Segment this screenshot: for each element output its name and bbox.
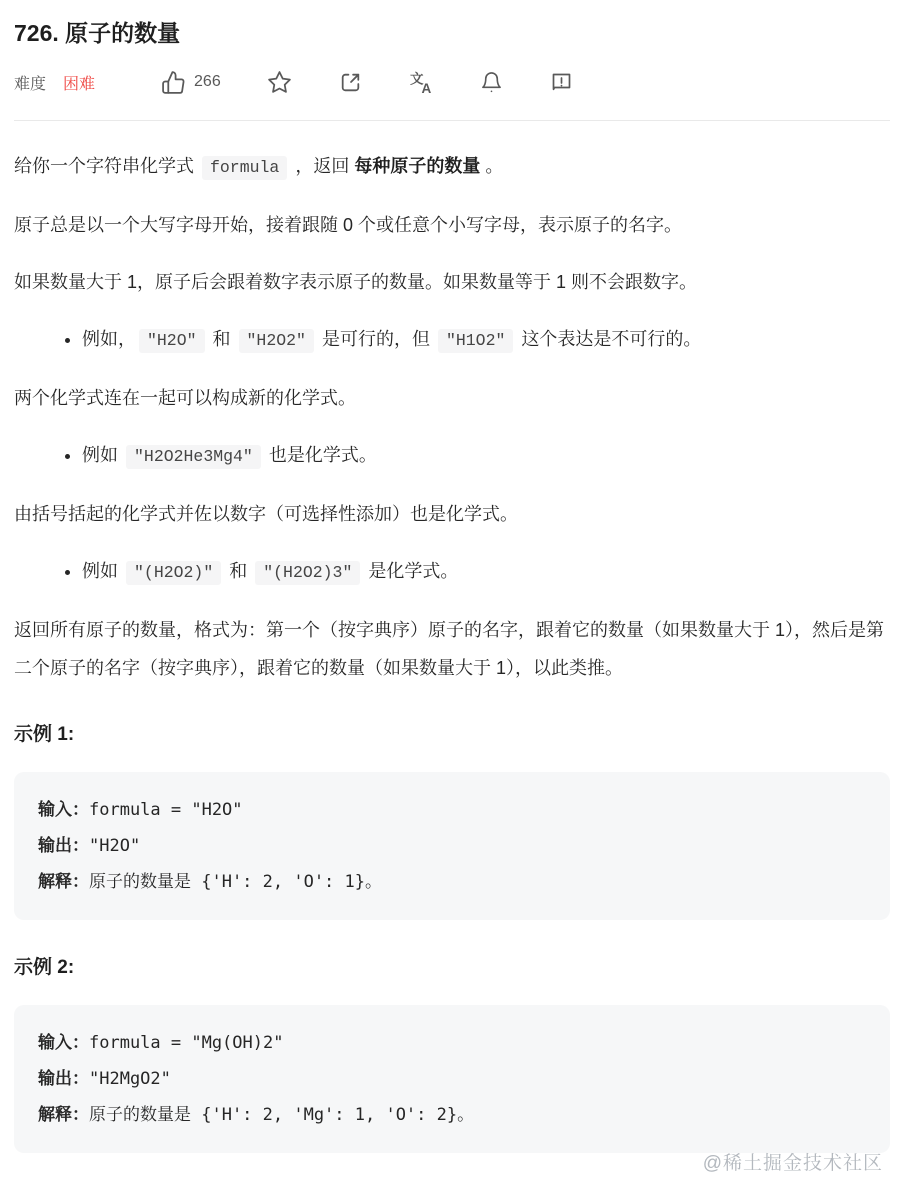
list-item: 例如，"H2O" 和 "H2O2" 是可行的，但 "H1O2" 这个表达是不可行… [82,320,890,360]
translate-icon: 文 A [409,70,434,95]
example-line-label: 输入： [38,800,89,820]
description-paragraph: 两个化学式连在一起可以构成新的化学式。 [14,379,890,417]
example: 示例 1:输入：formula = "H2O"输出："H2O"解释：原子的数量是… [14,723,890,920]
svg-text:A: A [421,80,431,94]
example-code-line: 输出："H2O" [38,828,866,864]
text-segment: 返回所有原子的数量，格式为：第一个（按字典序）原子的名字，跟着它的数量（如果数量… [14,620,884,678]
example-line-label: 输出： [38,836,89,856]
feedback-icon [549,70,573,94]
description-list: 例如 "(H2O2)" 和 "(H2O2)3" 是化学式。 [14,552,890,592]
inline-code: "(H2O2)" [126,561,221,585]
text-segment: 给你一个字符串化学式 [14,156,199,176]
text-segment: 例如， [82,329,136,349]
text-segment: 也是化学式。 [264,445,377,465]
page-title: 726. 原子的数量 [14,18,890,48]
inline-code: "H2O2" [239,329,314,353]
like-button[interactable]: 266 [161,70,221,95]
inline-code: "H2O2He3Mg4" [126,445,261,469]
difficulty-badge: 困难 [63,71,95,94]
description-paragraph: 返回所有原子的数量，格式为：第一个（按字典序）原子的名字，跟着它的数量（如果数量… [14,611,890,687]
like-count: 266 [194,73,221,91]
example-line-code: 原子的数量是 {'H': 2, 'O': 1}。 [89,872,382,892]
example-line-code: 原子的数量是 {'H': 2, 'Mg': 1, 'O': 2}。 [89,1105,474,1125]
list-item: 例如 "(H2O2)" 和 "(H2O2)3" 是化学式。 [82,552,890,592]
example-code-block: 输入：formula = "Mg(OH)2"输出："H2MgO2"解释：原子的数… [14,1005,890,1153]
text-segment: 由括号括起的化学式并佐以数字（可选择性添加）也是化学式。 [14,504,518,524]
description-paragraph: 原子总是以一个大写字母开始，接着跟随 0 个或任意个小写字母，表示原子的名字。 [14,206,890,244]
text-segment: 例如 [82,445,123,465]
example-code-line: 解释：原子的数量是 {'H': 2, 'Mg': 1, 'O': 2}。 [38,1097,866,1133]
inline-code: "(H2O2)3" [255,561,360,585]
example-code-line: 输入：formula = "Mg(OH)2" [38,1025,866,1061]
example-code-line: 输出："H2MgO2" [38,1061,866,1097]
list-item: 例如 "H2O2He3Mg4" 也是化学式。 [82,436,890,476]
text-segment: 是可行的，但 [317,329,435,349]
example-line-code: formula = "Mg(OH)2" [89,1033,283,1053]
notification-button[interactable] [480,70,503,95]
bold-text: 每种原子的数量 [354,156,480,176]
description-paragraph: 如果数量大于 1，原子后会跟着数字表示原子的数量。如果数量等于 1 则不会跟数字… [14,263,890,301]
example-code-line: 解释：原子的数量是 {'H': 2, 'O': 1}。 [38,864,866,900]
example-line-label: 输出： [38,1069,89,1089]
divider [14,120,890,121]
favorite-button[interactable] [267,70,292,95]
example-line-label: 输入： [38,1033,89,1053]
example-line-code: "H2O" [89,836,140,856]
examples-section: 示例 1:输入：formula = "H2O"输出："H2O"解释：原子的数量是… [14,723,890,1153]
example-line-code: formula = "H2O" [89,800,243,820]
text-segment: 。 [480,156,503,176]
inline-code: "H2O" [139,329,205,353]
description-list: 例如 "H2O2He3Mg4" 也是化学式。 [14,436,890,476]
text-segment: 是化学式。 [363,561,458,581]
example-heading: 示例 2: [14,956,890,980]
text-segment: 这个表达是不可行的。 [516,329,701,349]
thumbs-up-icon [161,70,186,95]
description-paragraph: 给你一个字符串化学式 formula ，返回 每种原子的数量 。 [14,147,890,187]
inline-code: formula [202,156,287,180]
star-icon [267,70,292,95]
example-line-label: 解释： [38,872,89,892]
text-segment: ，返回 [290,156,354,176]
share-button[interactable] [338,70,363,95]
example-line-code: "H2MgO2" [89,1069,171,1089]
text-segment: 和 [208,329,236,349]
problem-description: 给你一个字符串化学式 formula ，返回 每种原子的数量 。原子总是以一个大… [14,147,890,687]
text-segment: 原子总是以一个大写字母开始，接着跟随 0 个或任意个小写字母，表示原子的名字。 [14,215,682,235]
bell-icon [480,70,503,95]
text-segment: 和 [224,561,252,581]
inline-code: "H1O2" [438,329,513,353]
difficulty-label: 难度 [14,71,46,94]
share-icon [338,70,363,95]
text-segment: 例如 [82,561,123,581]
description-list: 例如，"H2O" 和 "H2O2" 是可行的，但 "H1O2" 这个表达是不可行… [14,320,890,360]
example: 示例 2:输入：formula = "Mg(OH)2"输出："H2MgO2"解释… [14,956,890,1153]
example-code-line: 输入：formula = "H2O" [38,792,866,828]
problem-page: 726. 原子的数量 难度 困难 266 [0,0,905,1153]
translate-button[interactable]: 文 A [409,70,434,95]
text-segment: 两个化学式连在一起可以构成新的化学式。 [14,388,356,408]
description-paragraph: 由括号括起的化学式并佐以数字（可选择性添加）也是化学式。 [14,495,890,533]
feedback-button[interactable] [549,70,573,94]
text-segment: 如果数量大于 1，原子后会跟着数字表示原子的数量。如果数量等于 1 则不会跟数字… [14,272,697,292]
example-heading: 示例 1: [14,723,890,747]
meta-row: 难度 困难 266 [14,69,890,95]
example-code-block: 输入：formula = "H2O"输出："H2O"解释：原子的数量是 {'H'… [14,772,890,920]
example-line-label: 解释： [38,1105,89,1125]
